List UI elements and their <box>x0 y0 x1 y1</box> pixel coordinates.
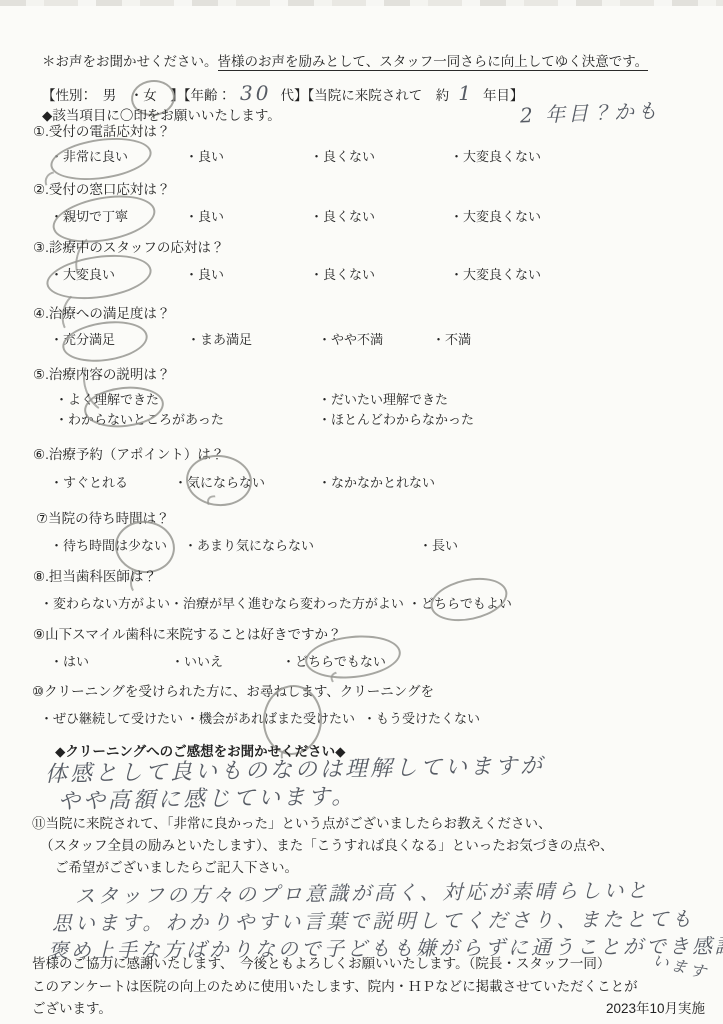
intro-plain: ＊お声をお聞かせください。 <box>42 54 218 69</box>
question-9-title: ⑨山下スマイル歯科に来院することは好きですか？ <box>33 627 342 643</box>
question-10-option-3: ・もう受けたくない <box>363 712 480 727</box>
question-8-option-2: ・治療が早く進むなら変わった方がよい <box>170 597 404 612</box>
footer-date: 2023年10月実施 <box>606 1001 705 1017</box>
question-11-handwriting-2: 思います。わかりやすい言葉で説明してくださり、またとても <box>52 908 695 934</box>
question-6-option-1: ・すぐとれる <box>50 476 128 491</box>
question-5-option-1: ・よく理解できた <box>55 393 159 408</box>
handwritten-margin-note: 2 年目？かも <box>520 100 661 127</box>
question-7-option-2: ・あまり気にならない <box>184 539 314 554</box>
question-11-line-3: ご希望がございましたらご記入下さい。 <box>55 860 298 876</box>
question-2-option-3: ・良くない <box>310 210 375 225</box>
question-8-option-3: ・どちらでもよい <box>408 597 512 612</box>
question-2-title: ②.受付の窓口応対は？ <box>33 182 170 198</box>
question-3-option-2: ・良い <box>185 268 224 283</box>
question-3-option-1: ・大変良い <box>50 268 115 283</box>
question-9-option-3: ・どちらでもない <box>282 655 386 670</box>
question-11-line-2: （スタッフ全員の励みといたします）、また「こうすれば良くなる」といったお気づきの… <box>40 838 613 854</box>
question-6-option-3: ・なかなかとれない <box>318 476 435 491</box>
question-5-option-3: ・わからないところがあった <box>55 413 224 428</box>
question-1-option-4: ・大変良くない <box>450 150 541 165</box>
question-8-title: ⑧.担当歯科医師は？ <box>33 569 157 585</box>
question-10-option-1: ・ぜひ継続して受けたい <box>40 712 183 727</box>
question-11-handwriting-1: スタッフの方々のプロ意識が高く、対応が素晴らしいと <box>75 879 650 907</box>
question-2-option-2: ・良い <box>185 210 224 225</box>
survey-scan-page: ＊お声をお聞かせください。皆様のお声を励みとして、スタッフ一同さらに向上してゆく… <box>0 0 723 1024</box>
question-4-option-4: ・不満 <box>432 333 471 348</box>
footer-line-1: 皆様のご協力に感謝いたします、 今後ともよろしくお願いいたします。（院長・スタッ… <box>32 956 610 972</box>
footer-line-3: ございます。 <box>32 1001 112 1017</box>
question-5-title: ⑤.治療内容の説明は？ <box>33 367 170 383</box>
profile-gender-female: 女 <box>143 88 157 104</box>
question-2-option-4: ・大変良くない <box>450 210 541 225</box>
question-3-option-3: ・良くない <box>310 268 375 283</box>
footer-line-2: このアンケートは医院の向上のために使用いたします、院内・ＨＰなどに掲載させていた… <box>32 979 638 995</box>
question-4-title: ④.治療への満足度は？ <box>33 306 170 322</box>
question-1-option-1: ・非常に良い <box>50 150 128 165</box>
intro-line: ＊お声をお聞かせください。皆様のお声を励みとして、スタッフ一同さらに向上してゆく… <box>42 54 648 70</box>
question-7-option-3: ・長い <box>419 539 458 554</box>
scan-edge-artifact <box>0 0 723 6</box>
intro-underlined: 皆様のお声を励みとして、スタッフ一同さらに向上してゆく決意です。 <box>218 54 649 71</box>
question-9-option-2: ・いいえ <box>171 655 223 670</box>
question-4-option-3: ・やや不満 <box>318 333 383 348</box>
question-6-title: ⑥.治療予約（アポイント）は？ <box>33 447 224 463</box>
question-9-option-1: ・はい <box>50 655 89 670</box>
profile-visit-suffix: 年目】 <box>483 88 524 103</box>
cleaning-feedback-handwriting-1: 体感として良いものなのは理解していますが <box>45 755 545 788</box>
question-4-option-2: ・まあ満足 <box>187 333 252 348</box>
question-5-option-2: ・だいたい理解できた <box>318 393 448 408</box>
profile-gender-label: 【性別： 男 ・ <box>42 88 143 103</box>
profile-age-value: 30 <box>240 81 271 105</box>
question-3-option-4: ・大変良くない <box>450 268 541 283</box>
cleaning-feedback-handwriting-2: やや高額に感じています。 <box>58 785 357 814</box>
profile-visit-label: 代】【当院に来院されて 約 <box>280 88 449 103</box>
question-10-title: ⑩クリーニングを受けられた方に、お尋ねします、クリーニングを <box>32 684 434 700</box>
question-4-option-1: ・充分満足 <box>50 333 115 348</box>
question-1-option-2: ・良い <box>185 150 224 165</box>
question-10-option-2: ・機会があればまた受けたい <box>186 712 355 727</box>
question-3-title: ③.診療中のスタッフの応対は？ <box>33 240 224 256</box>
question-5-option-4: ・ほとんどわからなかった <box>318 413 474 428</box>
profile-line: 【性別： 男 ・女 】【年齢：30代】【当院に来院されて 約1年目】 <box>42 82 523 104</box>
instruction-line: ◆該当項目に〇印をお願いいたします。 <box>42 108 281 124</box>
question-6-selection-circle-tail <box>202 490 246 530</box>
question-11-line-1: ⑪当院に来院されて、「非常に良かった」という点がございましたらお教えください、 <box>32 816 551 832</box>
profile-years-value: 1 <box>458 81 474 105</box>
question-8-option-1: ・変わらない方がよい <box>40 597 170 612</box>
question-6-option-2: ・気にならない <box>174 476 265 491</box>
question-7-option-1: ・待ち時間は少ない <box>50 539 167 554</box>
question-1-option-3: ・良くない <box>310 150 375 165</box>
question-7-title: ⑦当院の待ち時間は？ <box>36 511 170 527</box>
question-2-option-1: ・親切で丁寧 <box>50 210 128 225</box>
question-1-title: ①.受付の電話応対は？ <box>33 124 170 140</box>
